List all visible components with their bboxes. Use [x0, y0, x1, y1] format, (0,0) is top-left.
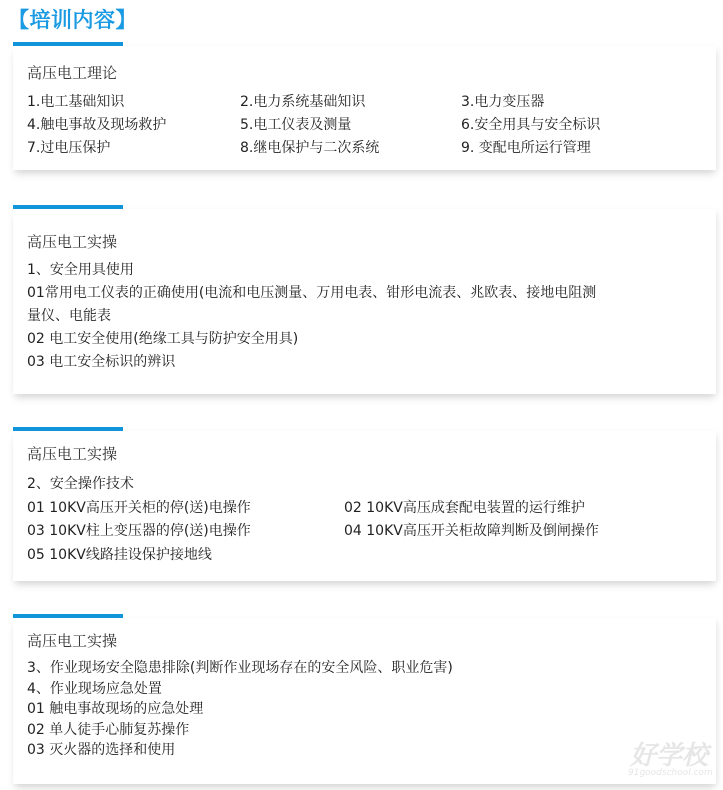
list-item: 4.触电事故及现场救护: [27, 114, 166, 134]
section-card-practice-1: 高压电工实操 1、安全用具使用 01常用电工仪表的正确使用(电流和电压测量、万用…: [13, 209, 716, 394]
list-item: 4、作业现场应急处置: [27, 678, 162, 698]
watermark-text: 好学校: [630, 735, 708, 772]
list-item: 6.安全用具与安全标识: [461, 114, 600, 134]
list-item: 01 触电事故现场的应急处理: [27, 698, 203, 718]
list-item: 02 电工安全使用(绝缘工具与防护安全用具): [27, 328, 298, 348]
section-card-theory: 高压电工理论 1.电工基础知识 2.电力系统基础知识 3.电力变压器 4.触电事…: [13, 46, 716, 170]
list-item: 1、安全用具使用: [27, 259, 134, 279]
list-item: 02 10KV高压成套配电装置的运行维护: [344, 497, 585, 517]
list-item: 05 10KV线路挂设保护接地线: [27, 544, 212, 564]
list-item: 03 电工安全标识的辨识: [27, 351, 175, 371]
section-title: 高压电工实操: [27, 630, 117, 651]
list-item: 2.电力系统基础知识: [240, 91, 365, 111]
list-item: 5.电工仪表及测量: [240, 114, 351, 134]
list-item: 02 单人徒手心肺复苏操作: [27, 719, 189, 739]
list-item: 01常用电工仪表的正确使用(电流和电压测量、万用电表、钳形电流表、兆欧表、接地电…: [27, 282, 596, 302]
list-item: 量仪、电能表: [27, 305, 111, 325]
list-item: 1.电工基础知识: [27, 91, 124, 111]
page-title: 【培训内容】: [8, 4, 137, 34]
section-title: 高压电工理论: [27, 62, 117, 83]
list-item: 01 10KV高压开关柜的停(送)电操作: [27, 497, 251, 517]
section-card-practice-2: 高压电工实操 2、安全操作技术 01 10KV高压开关柜的停(送)电操作 02 …: [13, 431, 716, 581]
list-item: 3、作业现场安全隐患排除(判断作业现场存在的安全风险、职业危害): [27, 657, 453, 677]
list-item: 9. 变配电所运行管理: [461, 137, 591, 157]
list-item: 3.电力变压器: [461, 91, 544, 111]
list-item: 7.过电压保护: [27, 137, 110, 157]
list-item: 04 10KV高压开关柜故障判断及倒闸操作: [344, 520, 599, 540]
watermark-logo: 好学校 91goodschool.com: [600, 735, 715, 780]
list-item: 8.继电保护与二次系统: [240, 137, 379, 157]
watermark-url: 91goodschool.com: [628, 768, 713, 778]
list-item: 03 10KV柱上变压器的停(送)电操作: [27, 520, 251, 540]
list-item: 03 灭火器的选择和使用: [27, 739, 175, 759]
list-heading: 2、安全操作技术: [27, 473, 134, 493]
section-title: 高压电工实操: [27, 443, 117, 464]
section-title: 高压电工实操: [27, 231, 117, 252]
